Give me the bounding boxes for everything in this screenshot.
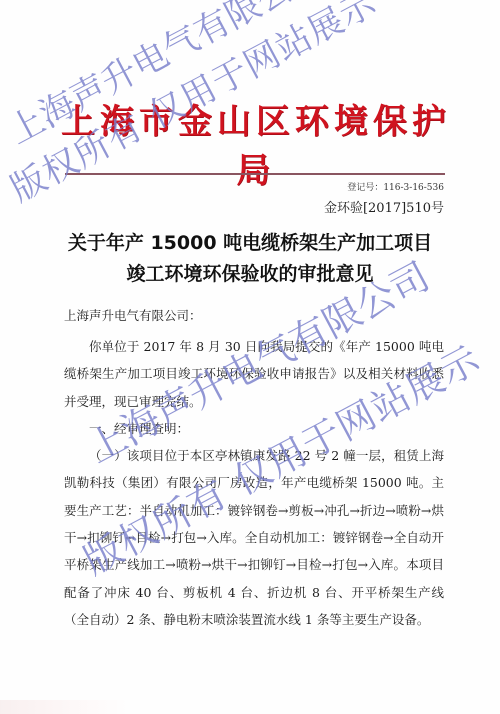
letterhead-divider (65, 173, 445, 175)
document-title-line-2: 竣工环境环保验收的审批意见 (0, 259, 500, 286)
document-title-line-1: 关于年产 15000 吨电缆桥架生产加工项目 (0, 228, 500, 255)
addressee: 上海声升电气有限公司： (64, 306, 202, 324)
paper-stain (0, 700, 130, 714)
registration-number: 登记号：116-3-16-536 (347, 180, 444, 193)
body-paragraph-findings: （一）该项目位于本区亭林镇康发路 22 号 2 幢一层，租赁上海凯勒科技（集团）… (64, 442, 444, 633)
agency-letterhead: 上海市金山区环境保护局 (60, 94, 452, 192)
body-section-heading: 一、经审理查明： (64, 415, 444, 442)
body-paragraph-intro: 你单位于 2017 年 8 月 30 日向我局提交的《年产 15000 吨电缆桥… (64, 333, 444, 415)
document-body: 你单位于 2017 年 8 月 30 日向我局提交的《年产 15000 吨电缆桥… (64, 333, 444, 633)
document-page: 上海市金山区环境保护局 登记号：116-3-16-536 金环验[2017]51… (0, 0, 500, 714)
document-number: 金环验[2017]510号 (324, 197, 444, 216)
